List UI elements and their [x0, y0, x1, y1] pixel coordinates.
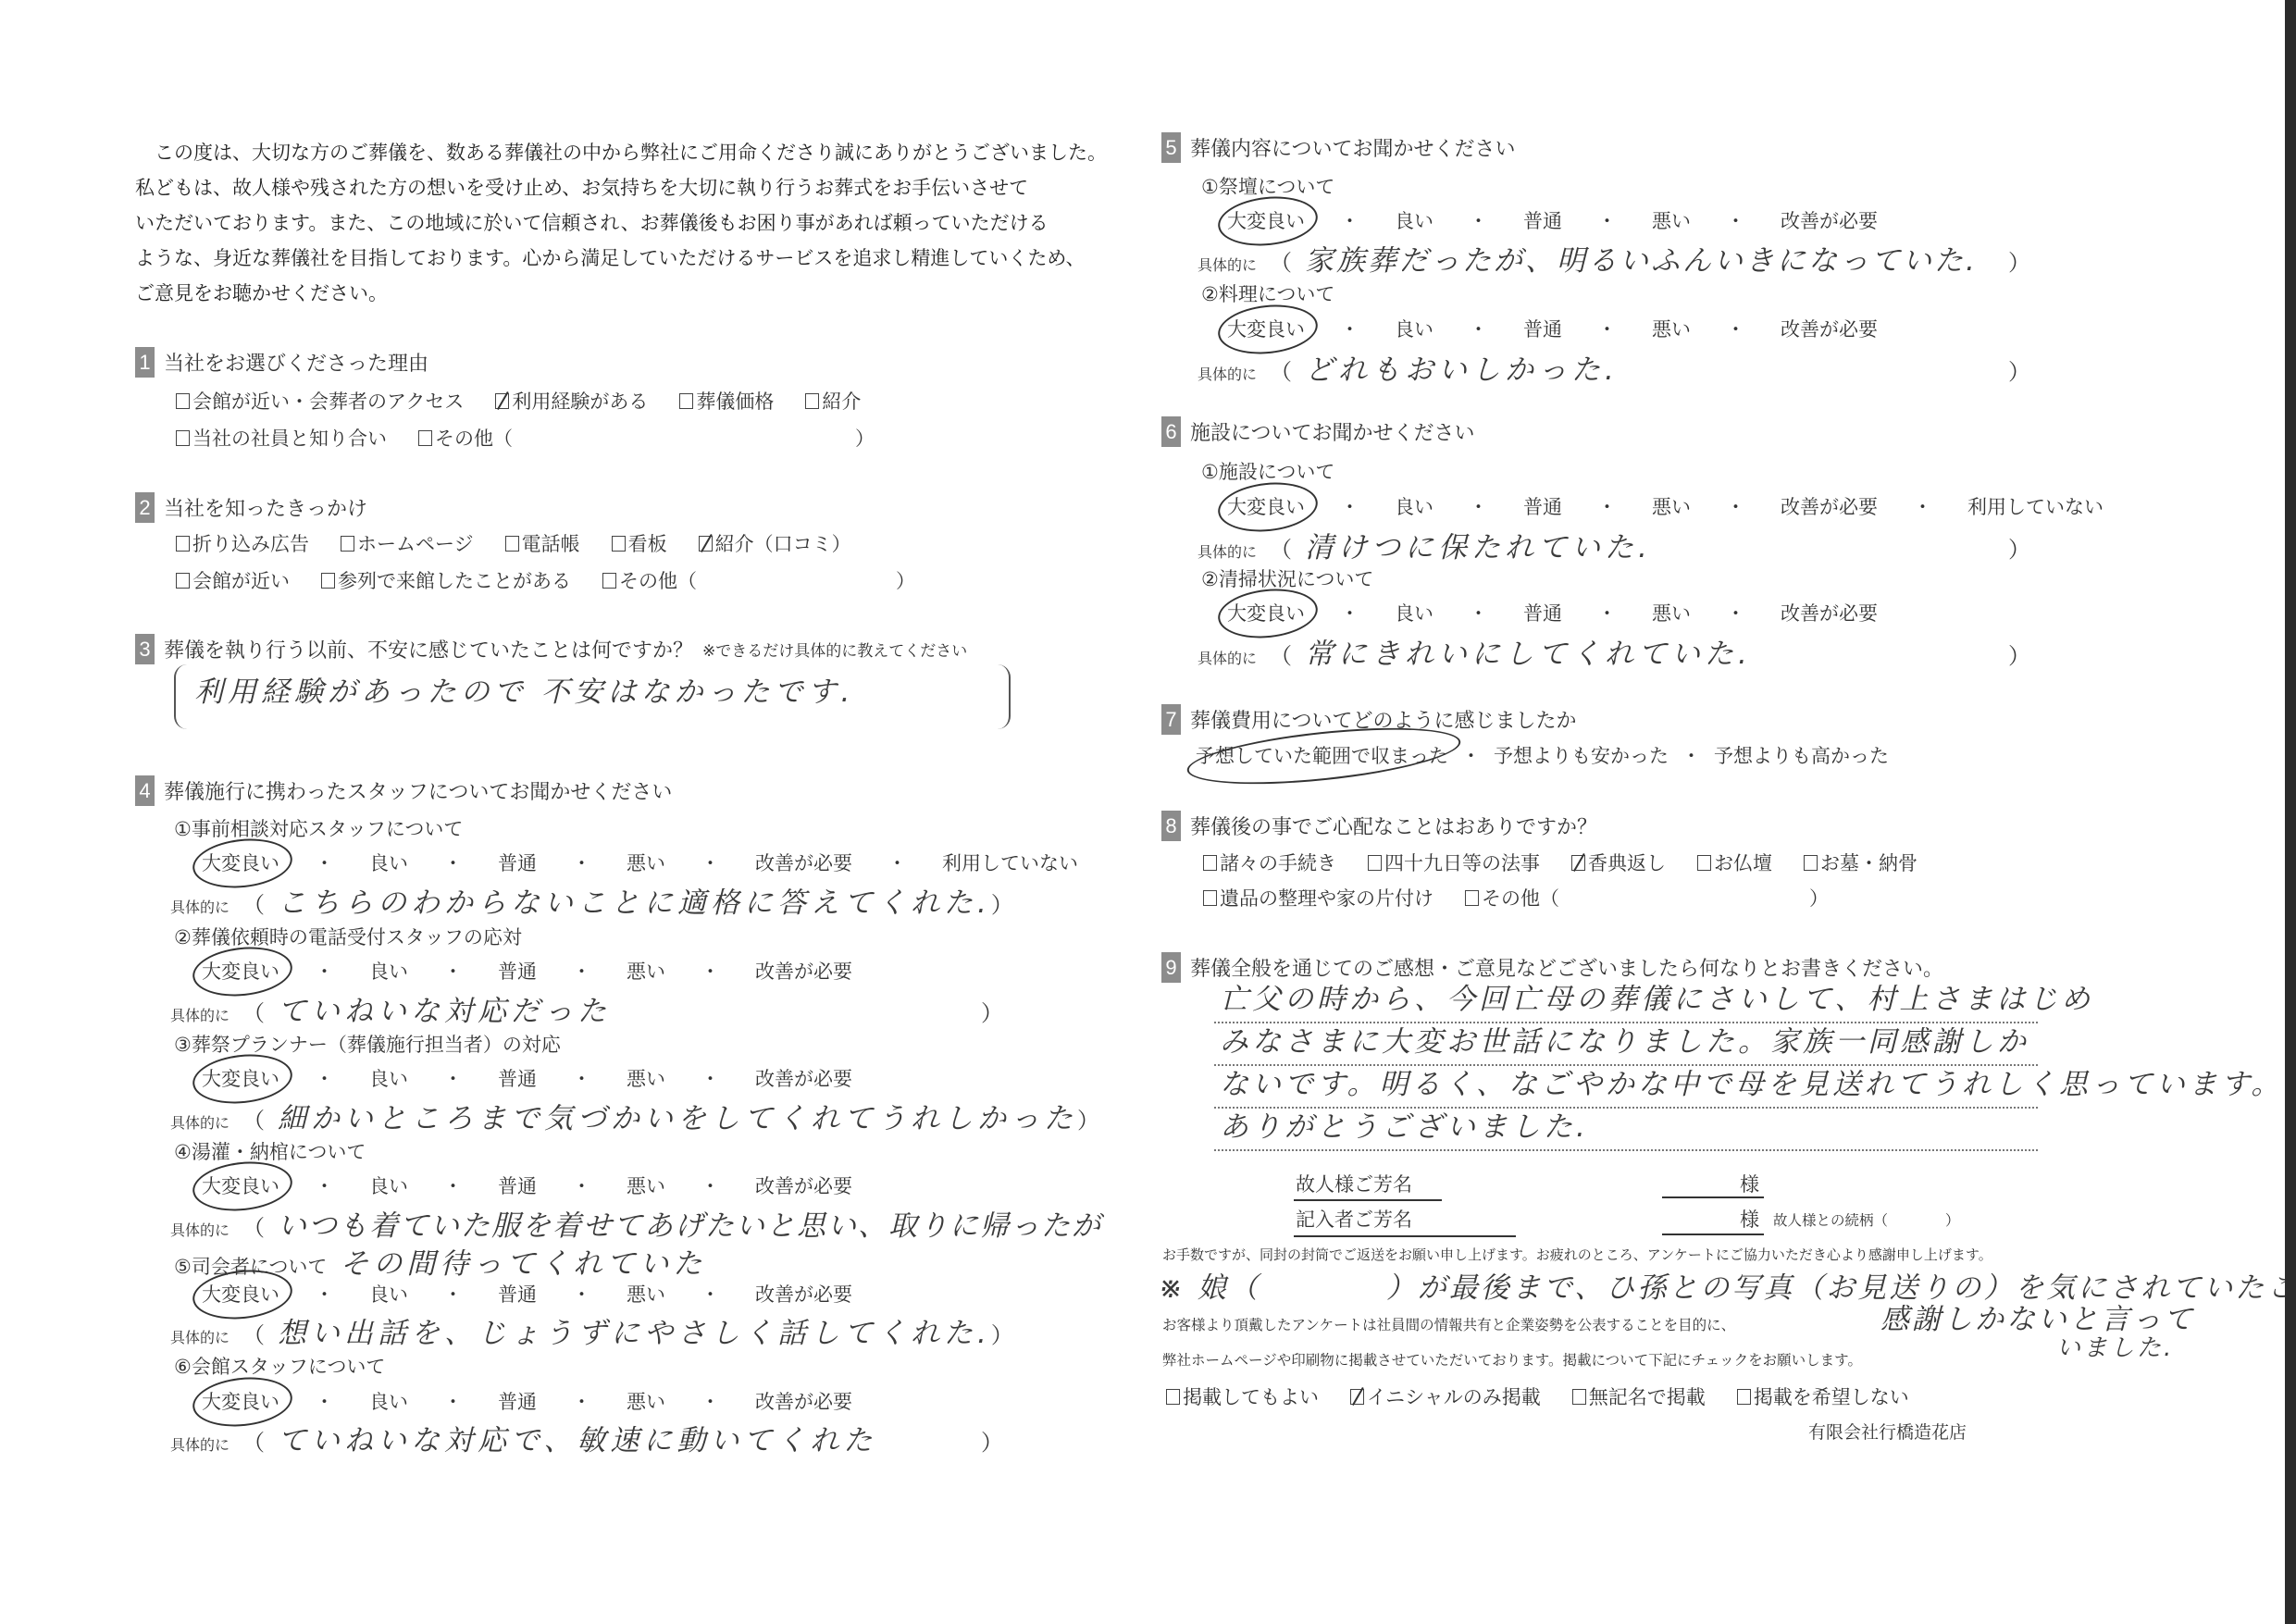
q2-options-row2: 会館が近い 参列で来館したことがある その他（） — [176, 566, 947, 594]
q4-header: 4 葬儀施行に携わったスタッフについてお聞かせください — [135, 775, 672, 806]
checkbox-icon[interactable] — [1203, 855, 1217, 871]
q5-header: 5 葬儀内容についてお聞かせください — [1161, 132, 1516, 163]
q2-option-other[interactable]: その他（） — [602, 566, 915, 594]
q9-title: 葬儀全般を通じてのご感想・ご意見などございましたら何なりとお書きください。 — [1190, 953, 1943, 982]
checkbox-icon[interactable] — [1697, 855, 1711, 871]
rating-good[interactable]: 良い — [369, 1280, 408, 1308]
rating-average[interactable]: 普通 — [1523, 315, 1562, 342]
checkbox-checked-icon[interactable] — [1350, 1389, 1364, 1405]
q5-item1-detail: 具体的に（ 家族葬だったが、明るいふんいきになっていた. ） — [1198, 237, 2030, 279]
rating-very-good[interactable]: 大変良い — [202, 849, 279, 876]
publish-text-2: 弊社ホームページや印刷物に掲載させていただいております。掲載について下記にチェッ… — [1162, 1349, 1862, 1370]
q6-item1-detail: 具体的に（ 清けつに保たれていた. ） — [1198, 524, 2030, 565]
rating-average[interactable]: 普通 — [1523, 206, 1562, 234]
writer-name-field[interactable] — [1662, 1233, 1764, 1235]
q1-option-referral[interactable]: 紹介 — [805, 387, 861, 415]
checkbox-icon[interactable] — [602, 573, 616, 589]
checkbox-checked-icon[interactable] — [699, 536, 713, 552]
q4-item2-label: ②葬儀依頼時の電話受付スタッフの応対 — [174, 923, 522, 950]
q9-answer-line: ありがとうございました. — [1214, 1109, 2038, 1151]
q6-number-badge: 6 — [1161, 416, 1181, 447]
q6-item2-detail: 具体的に（ 常にきれいにしてくれていた. ） — [1198, 630, 2030, 672]
q7-option-cheaper[interactable]: 予想よりも安かった — [1494, 741, 1669, 769]
writer-name-underline — [1294, 1235, 1516, 1237]
q4-item4-label: ④湯灌・納棺について — [174, 1137, 366, 1165]
q5-item1-answer[interactable]: 家族葬だったが、明るいふんいきになっていた. — [1305, 237, 1978, 279]
q7-option-within-range[interactable]: 予想していた範囲で収まった — [1196, 741, 1448, 769]
q4-item6-detail: 具体的に（ ていねいな対応で、敏速に動いてくれた ） — [170, 1417, 1003, 1458]
rating-very-good[interactable]: 大変良い — [1227, 315, 1305, 342]
q1-option-experience[interactable]: 利用経験がある — [495, 387, 648, 415]
q2-option-phonebook[interactable]: 電話帳 — [505, 529, 580, 557]
q1-option-price[interactable]: 葬儀価格 — [679, 387, 774, 415]
q5-item1-ratings: 大変良い・ 良い・ 普通・ 悪い・ 改善が必要 — [1227, 206, 1878, 234]
rating-average[interactable]: 普通 — [498, 849, 537, 876]
q6-item1-label: ①施設について — [1201, 457, 1334, 485]
checkbox-icon[interactable] — [341, 536, 354, 552]
q7-option-more-expensive[interactable]: 予想よりも高かった — [1714, 741, 1889, 769]
checkbox-icon[interactable] — [1737, 1389, 1751, 1405]
q3-number-badge: 3 — [135, 634, 155, 664]
q2-option-near-hall[interactable]: 会館が近い — [176, 566, 290, 594]
company-name: 有限会社行橋造花店 — [1808, 1419, 1967, 1444]
rating-needs-improvement[interactable]: 改善が必要 — [755, 1172, 852, 1199]
publish-option-decline[interactable]: 掲載を希望しない — [1737, 1382, 1909, 1410]
q1-option-acquaintance[interactable]: 当社の社員と知り合い — [176, 424, 387, 452]
q1-header: 1 当社をお選びくださった理由 — [135, 347, 428, 378]
q4-item5-ratings: 大変良い・ 良い・ 普通・ 悪い・ 改善が必要 — [202, 1280, 852, 1308]
rating-very-good[interactable]: 大変良い — [202, 1387, 279, 1415]
checkbox-icon[interactable] — [176, 393, 190, 409]
q4-item3-detail: 具体的に（ 細かいところまで気づかいをしてくれてうれしかった ） — [170, 1095, 1003, 1136]
q4-item2-ratings: 大変良い・ 良い・ 普通・ 悪い・ 改善が必要 — [202, 957, 852, 985]
checkbox-icon[interactable] — [805, 393, 819, 409]
rating-good[interactable]: 良い — [369, 1172, 408, 1199]
rating-average[interactable]: 普通 — [1523, 492, 1562, 520]
q8-option-belongings[interactable]: 遺品の整理や家の片付け — [1203, 884, 1433, 911]
checkbox-icon[interactable] — [612, 536, 626, 552]
q2-option-signboard[interactable]: 看板 — [612, 529, 667, 557]
q9-number-badge: 9 — [1161, 952, 1181, 983]
q8-header: 8 葬儀後の事でご心配なことはおありですか？ — [1161, 811, 1597, 841]
handwritten-note-line3: いました. — [2056, 1329, 2174, 1363]
q1-option-other[interactable]: その他（） — [418, 424, 875, 452]
q4-item1-detail: 具体的に（ こちらのわからないことに適格に答えてくれた. ） — [170, 879, 1003, 921]
q8-option-procedures[interactable]: 諸々の手続き — [1203, 849, 1336, 876]
rating-needs-improvement[interactable]: 改善が必要 — [755, 849, 852, 876]
q8-option-altar[interactable]: お仏壇 — [1697, 849, 1772, 876]
q6-item2-label: ②清掃状況について — [1201, 564, 1373, 592]
q8-option-grave[interactable]: お墓・納骨 — [1804, 849, 1917, 876]
q4-item6-label: ⑥会館スタッフについて — [174, 1352, 385, 1380]
checkbox-icon[interactable] — [1804, 855, 1818, 871]
rating-very-good[interactable]: 大変良い — [1227, 599, 1305, 626]
deceased-name-label: 故人様ご芳名 — [1296, 1170, 1412, 1197]
q6-item2-answer[interactable]: 常にきれいにしてくれていた. — [1305, 630, 1752, 672]
rating-needs-improvement[interactable]: 改善が必要 — [755, 1064, 852, 1092]
q4-item5-answer[interactable]: 想い出話を、じょうずにやさしく話してくれた. — [278, 1309, 991, 1351]
checkbox-icon[interactable] — [1166, 1389, 1180, 1405]
checkbox-icon[interactable] — [176, 430, 190, 446]
q9-answer-area[interactable]: 亡父の時から、今回亡母の葬儀にさいして、村上さまはじめ みなさまに大変お世話にな… — [1214, 981, 2038, 1151]
q4-item1-ratings: 大変良い・ 良い・ 普通・ 悪い・ 改善が必要・ 利用していない — [202, 849, 1078, 876]
rating-not-used[interactable]: 利用していない — [1967, 492, 2104, 520]
checkbox-checked-icon[interactable] — [1571, 855, 1585, 871]
q3-note: ※できるだけ具体的に教えてください — [702, 638, 967, 661]
rating-good[interactable]: 良い — [369, 1064, 408, 1092]
rating-good[interactable]: 良い — [1395, 206, 1433, 234]
q2-option-word-of-mouth[interactable]: 紹介（口コミ） — [699, 529, 851, 557]
rating-average[interactable]: 普通 — [1523, 599, 1562, 626]
relation-field[interactable]: 故人様との続柄（ ） — [1773, 1209, 1960, 1230]
q4-item4-answer[interactable]: いつも着ていた服を着せてあげたいと思い、取りに帰ったが — [278, 1202, 1102, 1244]
q8-option-other[interactable]: その他（） — [1465, 884, 1829, 911]
rating-needs-improvement[interactable]: 改善が必要 — [1781, 492, 1878, 520]
thanks-text: お手数ですが、同封の封筒でご返送をお願い申し上げます。お疲れのところ、アンケート… — [1162, 1245, 1992, 1264]
intro-text: この度は、大切な方のご葬儀を、数ある葬儀社の中から弊社にご用命くださり誠にありが… — [135, 135, 1107, 311]
checkbox-icon[interactable] — [418, 430, 432, 446]
q8-option-memorial[interactable]: 四十九日等の法事 — [1368, 849, 1540, 876]
q2-header: 2 当社を知ったきっかけ — [135, 492, 367, 523]
q4-item4-detail: 具体的に（ いつも着ていた服を着せてあげたいと思い、取りに帰ったが — [170, 1202, 1096, 1244]
writer-sama: 様 — [1740, 1205, 1759, 1233]
rating-very-good[interactable]: 大変良い — [1227, 206, 1305, 234]
checkbox-icon[interactable] — [176, 573, 190, 589]
q5-title: 葬儀内容についてお聞かせください — [1190, 133, 1516, 162]
rating-bad[interactable]: 悪い — [1652, 315, 1691, 342]
q2-option-flyer[interactable]: 折り込み広告 — [176, 529, 309, 557]
q7-number-badge: 7 — [1161, 704, 1181, 735]
rating-bad[interactable]: 悪い — [1652, 206, 1691, 234]
publish-option-ok[interactable]: 掲載してもよい — [1166, 1382, 1319, 1410]
rating-bad[interactable]: 悪い — [1652, 599, 1691, 626]
q4-item2-answer[interactable]: ていねいな対応だった — [278, 987, 611, 1029]
publish-options: 掲載してもよい イニシャルのみ掲載 無記名で掲載 掲載を希望しない — [1166, 1382, 1941, 1410]
q3-answer: 利用経験があったので 不安はなかったです. — [194, 668, 854, 710]
q4-item3-label: ③葬祭プランナー（葬儀施行担当者）の対応 — [174, 1030, 561, 1058]
q9-header: 9 葬儀全般を通じてのご感想・ご意見などございましたら何なりとお書きください。 — [1161, 952, 1943, 983]
q3-header: 3 葬儀を執り行う以前、不安に感じていたことは何ですか？ ※できるだけ具体的に教… — [135, 634, 967, 664]
q1-option-access[interactable]: 会館が近い・会葬者のアクセス — [176, 387, 464, 415]
q5-item2-label: ②料理について — [1201, 279, 1334, 307]
q5-item1-label: ①祭壇について — [1201, 172, 1334, 200]
checkbox-icon[interactable] — [1465, 890, 1479, 906]
rating-needs-improvement[interactable]: 改善が必要 — [1781, 315, 1878, 342]
q2-options-row1: 折り込み広告 ホームページ 電話帳 看板 紹介（口コミ） — [176, 529, 883, 557]
checkbox-checked-icon[interactable] — [495, 393, 509, 409]
checkbox-icon[interactable] — [1572, 1389, 1586, 1405]
q6-title: 施設についてお聞かせください — [1190, 417, 1475, 446]
q4-number-badge: 4 — [135, 775, 155, 806]
publish-option-anonymous[interactable]: 無記名で掲載 — [1572, 1382, 1706, 1410]
q6-item1-answer[interactable]: 清けつに保たれていた. — [1305, 524, 1652, 565]
q6-item2-ratings: 大変良い・ 良い・ 普通・ 悪い・ 改善が必要 — [1227, 599, 1878, 626]
rating-not-used[interactable]: 利用していない — [942, 849, 1078, 876]
q9-answer-line: ないです。明るく、なごやかな中で母を見送れてうれしく思っています。 — [1214, 1066, 2038, 1109]
q1-title: 当社をお選びくださった理由 — [164, 348, 428, 377]
rating-good[interactable]: 良い — [369, 1387, 408, 1415]
q5-item2-ratings: 大変良い・ 良い・ 普通・ 悪い・ 改善が必要 — [1227, 315, 1878, 342]
writer-name-label: 記入者ご芳名 — [1296, 1205, 1412, 1233]
q4-item1-answer[interactable]: こちらのわからないことに適格に答えてくれた. — [278, 879, 991, 921]
q1-number-badge: 1 — [135, 347, 155, 378]
rating-good[interactable]: 良い — [1395, 599, 1433, 626]
q6-header: 6 施設についてお聞かせください — [1161, 416, 1475, 447]
q9-answer-line: 亡父の時から、今回亡母の葬儀にさいして、村上さまはじめ — [1214, 981, 2038, 1023]
rating-needs-improvement[interactable]: 改善が必要 — [755, 1280, 852, 1308]
rating-very-good[interactable]: 大変良い — [202, 1064, 279, 1092]
rating-bad[interactable]: 悪い — [627, 1172, 665, 1199]
q2-title: 当社を知ったきっかけ — [164, 493, 367, 522]
rating-average[interactable]: 普通 — [498, 1387, 537, 1415]
rating-bad[interactable]: 悪い — [627, 1387, 665, 1415]
q6-item1-ratings: 大変良い・ 良い・ 普通・ 悪い・ 改善が必要・ 利用していない — [1227, 492, 2104, 520]
q7-options: 予想していた範囲で収まった・ 予想よりも安かった・ 予想よりも高かった — [1196, 741, 1889, 769]
publish-option-initials[interactable]: イニシャルのみ掲載 — [1350, 1382, 1541, 1410]
checkbox-icon[interactable] — [1368, 855, 1382, 871]
deceased-name-underline — [1294, 1199, 1442, 1201]
checkbox-icon[interactable] — [1203, 890, 1217, 906]
q1-options-row2: 当社の社員と知り合い その他（） — [176, 424, 906, 452]
rating-needs-improvement[interactable]: 改善が必要 — [1781, 599, 1878, 626]
rating-average[interactable]: 普通 — [498, 1064, 537, 1092]
q8-options-row1: 諸々の手続き 四十九日等の法事 香典返し お仏壇 お墓・納骨 — [1203, 849, 1949, 876]
rating-average[interactable]: 普通 — [498, 1172, 537, 1199]
q1-options-row1: 会館が近い・会葬者のアクセス 利用経験がある 葬儀価格 紹介 — [176, 387, 892, 415]
rating-bad[interactable]: 悪い — [627, 1280, 665, 1308]
rating-bad[interactable]: 悪い — [627, 1064, 665, 1092]
rating-very-good[interactable]: 大変良い — [202, 957, 279, 985]
q3-answer-box[interactable]: 利用経験があったので 不安はなかったです. — [174, 664, 1011, 729]
q8-option-return-gifts[interactable]: 香典返し — [1571, 849, 1666, 876]
q4-item1-label: ①事前相談対応スタッフについて — [174, 814, 463, 842]
q4-item3-answer[interactable]: 細かいところまで気づかいをしてくれてうれしかった — [278, 1095, 1077, 1136]
rating-good[interactable]: 良い — [369, 957, 408, 985]
q4-item2-detail: 具体的に（ ていねいな対応だった ） — [170, 987, 1003, 1029]
q4-item4-answer-continued[interactable]: その間待ってくれていた — [340, 1240, 706, 1282]
rating-bad[interactable]: 悪い — [627, 849, 665, 876]
q3-title: 葬儀を執り行う以前、不安に感じていたことは何ですか？ — [164, 635, 693, 663]
publish-text-1: お客様より頂戴したアンケートは社員間の情報共有と企業姿勢を公表することを目的に、 — [1162, 1314, 1735, 1334]
scan-edge-border — [2285, 0, 2296, 1624]
rating-good[interactable]: 良い — [1395, 492, 1433, 520]
rating-good[interactable]: 良い — [369, 849, 408, 876]
q4-item4-ratings: 大変良い・ 良い・ 普通・ 悪い・ 改善が必要 — [202, 1172, 852, 1199]
q5-item2-answer[interactable]: どれもおいしかった. — [1305, 346, 1619, 388]
deceased-sama: 様 — [1740, 1170, 1759, 1197]
q2-number-badge: 2 — [135, 492, 155, 523]
checkbox-icon[interactable] — [679, 393, 693, 409]
q8-options-row2: 遺品の整理や家の片付け その他（） — [1203, 884, 1860, 911]
rating-average[interactable]: 普通 — [498, 957, 537, 985]
checkbox-icon[interactable] — [321, 573, 335, 589]
q4-title: 葬儀施行に携わったスタッフについてお聞かせください — [164, 776, 672, 805]
rating-good[interactable]: 良い — [1395, 315, 1433, 342]
rating-very-good[interactable]: 大変良い — [1227, 492, 1305, 520]
rating-very-good[interactable]: 大変良い — [202, 1172, 279, 1199]
rating-needs-improvement[interactable]: 改善が必要 — [755, 1387, 852, 1415]
q8-number-badge: 8 — [1161, 811, 1181, 841]
q4-item3-ratings: 大変良い・ 良い・ 普通・ 悪い・ 改善が必要 — [202, 1064, 852, 1092]
checkbox-icon[interactable] — [176, 536, 190, 552]
q4-item6-answer[interactable]: ていねいな対応で、敏速に動いてくれた — [278, 1417, 876, 1458]
q9-answer-line: みなさまに大変お世話になりました。家族一同感謝しか — [1214, 1023, 2038, 1066]
rating-very-good[interactable]: 大変良い — [202, 1280, 279, 1308]
q8-title: 葬儀後の事でご心配なことはおありですか？ — [1190, 812, 1597, 840]
q2-option-homepage[interactable]: ホームページ — [341, 529, 474, 557]
rating-bad[interactable]: 悪い — [1652, 492, 1691, 520]
rating-needs-improvement[interactable]: 改善が必要 — [755, 957, 852, 985]
q4-item6-ratings: 大変良い・ 良い・ 普通・ 悪い・ 改善が必要 — [202, 1387, 852, 1415]
q5-number-badge: 5 — [1161, 132, 1181, 163]
checkbox-icon[interactable] — [505, 536, 519, 552]
rating-bad[interactable]: 悪い — [627, 957, 665, 985]
rating-needs-improvement[interactable]: 改善が必要 — [1781, 206, 1878, 234]
q5-item2-detail: 具体的に（ どれもおいしかった. ） — [1198, 346, 2030, 388]
rating-average[interactable]: 普通 — [498, 1280, 537, 1308]
q4-item5-detail: 具体的に（ 想い出話を、じょうずにやさしく話してくれた. ） — [170, 1309, 1003, 1351]
q2-option-visited[interactable]: 参列で来館したことがある — [321, 566, 571, 594]
